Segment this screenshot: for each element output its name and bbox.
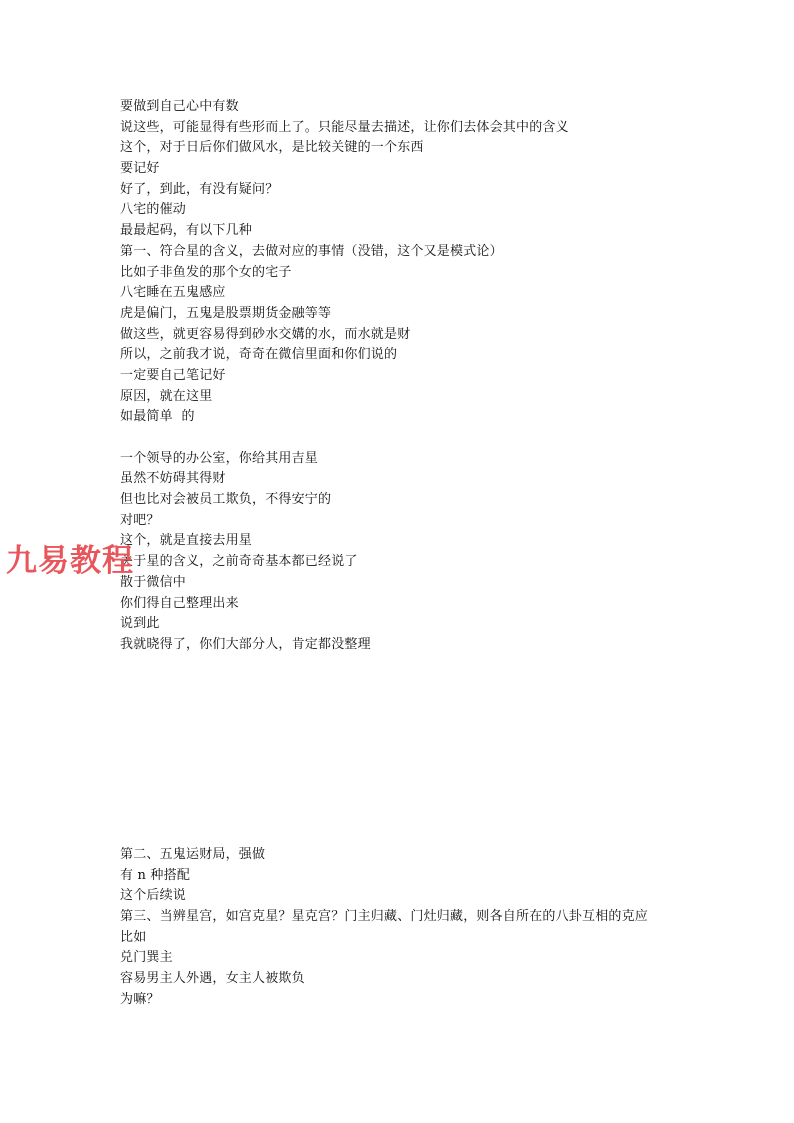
watermark-logo: 九易教程 — [6, 543, 134, 579]
text-section-1: 要做到自己心中有数 说这些，可能显得有些形而上了。只能尽量去描述，让你们去体会其… — [120, 97, 740, 656]
text-line: 八宅睡在五鬼感应 — [120, 283, 740, 304]
text-line: 兑门巽主 — [120, 948, 740, 969]
text-line: 一个领导的办公室，你给其用吉星 — [120, 449, 740, 470]
text-line: 有 n 种搭配 — [120, 866, 740, 887]
text-line: 做这些，就更容易得到砂水交媾的水，而水就是财 — [120, 325, 740, 346]
blank-line — [120, 428, 740, 449]
section-heading: 八宅的催动 — [120, 200, 740, 221]
text-line: 散于微信中 — [120, 573, 740, 594]
text-line: 如最简单 的 — [120, 407, 740, 428]
text-line: 最最起码，有以下几种 — [120, 221, 740, 242]
list-item-third: 第三、当辨星宫，如宫克星？星克宫？门主归藏、门灶归藏，则各自所在的八卦互相的克应 — [120, 907, 740, 928]
text-line: 说这些，可能显得有些形而上了。只能尽量去描述，让你们去体会其中的含义 — [120, 118, 740, 139]
text-line: 这个，对于日后你们做风水，是比较关键的一个东西 — [120, 138, 740, 159]
text-line: 比如子非鱼发的那个女的宅子 — [120, 263, 740, 284]
text-line: 但也比对会被员工欺负，不得安宁的 — [120, 490, 740, 511]
text-line: 虽然不妨碍其得财 — [120, 469, 740, 490]
text-line: 一定要自己笔记好 — [120, 366, 740, 387]
text-line: 容易男主人外遇，女主人被欺负 — [120, 969, 740, 990]
text-line: 要记好 — [120, 159, 740, 180]
text-line: 说到此 — [120, 614, 740, 635]
text-line: 你们得自己整理出来 — [120, 594, 740, 615]
list-item-second: 第二、五鬼运财局，强做 — [120, 845, 740, 866]
text-line: 这个，就是直接去用星 — [120, 531, 740, 552]
text-line: 关于星的含义，之前奇奇基本都已经说了 — [120, 552, 740, 573]
text-section-2: 第二、五鬼运财局，强做 有 n 种搭配 这个后续说 第三、当辨星宫，如宫克星？星… — [120, 845, 740, 1011]
text-line: 我就晓得了，你们大部分人，肯定都没整理 — [120, 635, 740, 656]
text-line: 比如 — [120, 928, 740, 949]
text-line: 为嘛？ — [120, 990, 740, 1011]
text-line: 所以，之前我才说，奇奇在微信里面和你们说的 — [120, 345, 740, 366]
text-line: 好了，到此，有没有疑问？ — [120, 180, 740, 201]
list-item-first: 第一、符合星的含义，去做对应的事情（没错，这个又是模式论） — [120, 242, 740, 263]
text-line: 对吧？ — [120, 511, 740, 532]
text-line: 虎是偏门，五鬼是股票期货金融等等 — [120, 304, 740, 325]
text-line: 这个后续说 — [120, 886, 740, 907]
document-page: 要做到自己心中有数 说这些，可能显得有些形而上了。只能尽量去描述，让你们去体会其… — [0, 0, 794, 1123]
text-line: 原因，就在这里 — [120, 387, 740, 408]
text-line: 要做到自己心中有数 — [120, 97, 740, 118]
